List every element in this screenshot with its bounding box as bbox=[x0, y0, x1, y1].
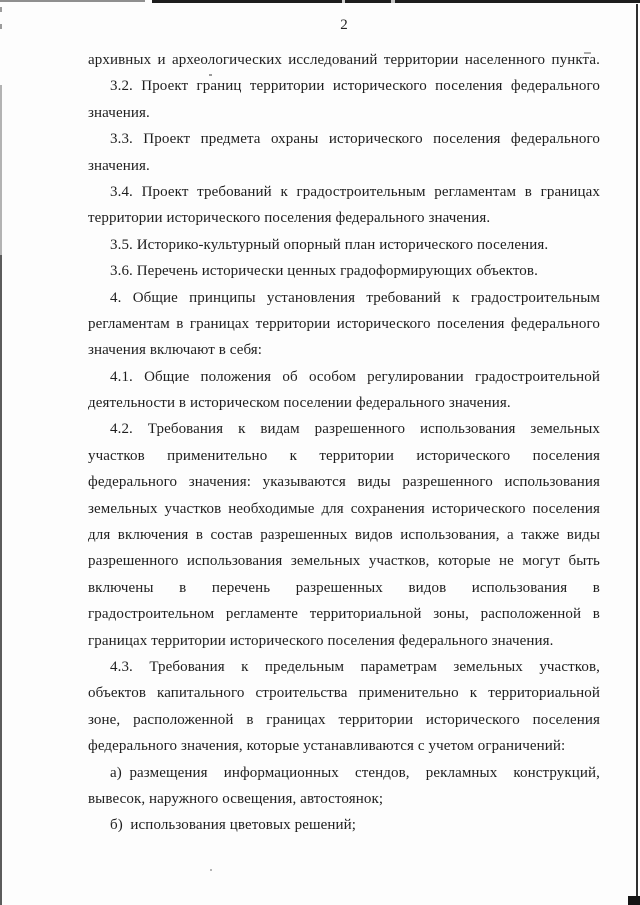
text-line: 4. Общие принципы установления требовани… bbox=[88, 285, 600, 311]
text-line: зоне, расположенной в границах территори… bbox=[88, 707, 600, 733]
text-line: земельных участков необходимые для сохра… bbox=[88, 496, 600, 522]
text-line: б) использования цветовых решений; bbox=[88, 812, 600, 838]
text-line: а) размещения информационных стендов, ре… bbox=[88, 760, 600, 786]
page-number: 2 bbox=[88, 17, 600, 34]
scan-artifact-top-edge-right bbox=[152, 0, 640, 3]
text-line: 3.6. Перечень исторически ценных градофо… bbox=[88, 258, 600, 284]
text-line: для включения в состав разрешенных видов… bbox=[88, 522, 600, 548]
text-line: значения включают в себя: bbox=[88, 337, 600, 363]
text-line: значения. bbox=[88, 153, 600, 179]
scan-artifact-left-dash bbox=[0, 7, 2, 12]
text-line: градостроительном регламенте территориал… bbox=[88, 601, 600, 627]
scan-artifact-left-edge-lower bbox=[0, 255, 2, 905]
scan-artifact-speck bbox=[209, 74, 212, 76]
text-line: регламентам в границах территории истори… bbox=[88, 311, 600, 337]
scan-artifact-right-edge bbox=[636, 4, 638, 905]
text-line: участков применительно к территории исто… bbox=[88, 443, 600, 469]
document-page: 2 архивных и археологических исследовани… bbox=[0, 0, 640, 905]
scan-artifact-top-notch bbox=[391, 0, 395, 3]
text-line: 4.1. Общие положения об особом регулиров… bbox=[88, 364, 600, 390]
text-line: значения. bbox=[88, 100, 600, 126]
text-line: разрешенного использования земельных уча… bbox=[88, 548, 600, 574]
text-line: территории исторического поселения федер… bbox=[88, 205, 600, 231]
scan-artifact-left-dash bbox=[0, 24, 2, 29]
scan-artifact-top-edge-left bbox=[0, 0, 145, 2]
scan-artifact-left-edge-upper bbox=[0, 85, 2, 255]
text-line: деятельности в историческом поселении фе… bbox=[88, 390, 600, 416]
text-line: включены в перечень разрешенных видов ис… bbox=[88, 575, 600, 601]
text-line: 3.5. Историко-культурный опорный план ис… bbox=[88, 232, 600, 258]
text-line: федерального значения, которые устанавли… bbox=[88, 733, 600, 759]
text-line: 4.3. Требования к предельным параметрам … bbox=[88, 654, 600, 680]
document-body: архивных и археологических исследований … bbox=[88, 47, 600, 839]
scan-artifact-top-notch bbox=[342, 0, 345, 3]
scan-artifact-speck bbox=[584, 52, 591, 54]
text-line: границах территории исторического поселе… bbox=[88, 628, 600, 654]
text-line: 3.3. Проект предмета охраны историческог… bbox=[88, 126, 600, 152]
scan-artifact-corner-mark bbox=[628, 896, 640, 905]
text-line: 3.4. Проект требований к градостроительн… bbox=[88, 179, 600, 205]
text-line: 4.2. Требования к видам разрешенного исп… bbox=[88, 416, 600, 442]
text-line: архивных и археологических исследований … bbox=[88, 47, 600, 73]
text-line: федерального значения: указываются виды … bbox=[88, 469, 600, 495]
text-line: вывесок, наружного освещения, автостояно… bbox=[88, 786, 600, 812]
text-line: 3.2. Проект границ территории историческ… bbox=[88, 73, 600, 99]
text-line: объектов капитального строительства прим… bbox=[88, 680, 600, 706]
scan-artifact-speck bbox=[210, 869, 212, 871]
